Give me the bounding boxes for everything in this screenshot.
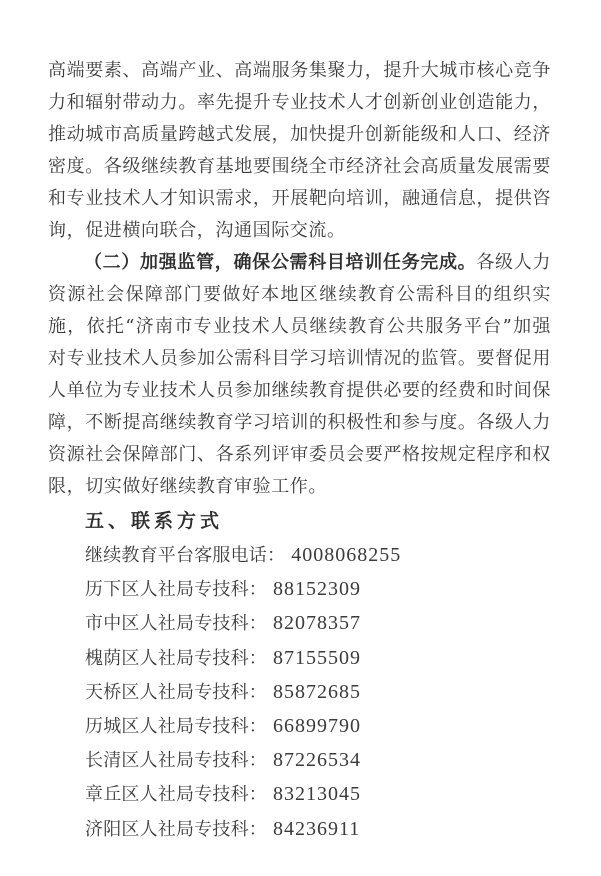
contact-label: 槐荫区人社局专技科：	[85, 648, 267, 669]
contact-phone: 82078357	[273, 612, 361, 634]
contact-row: 章丘区人社局专技科：83213045	[48, 778, 551, 812]
contact-row: 历下区人社局专技科：88152309	[48, 573, 551, 607]
contact-list: 继续教育平台客服电话：4008068255 历下区人社局专技科：88152309…	[48, 539, 551, 847]
body-paragraph-1: 高端要素、高端产业、高端服务集聚力，提升大城市核心竞争力和辐射带动力。率先提升专…	[48, 55, 551, 247]
contact-row: 济阳区人社局专技科：84236911	[48, 813, 551, 847]
contact-row: 继续教育平台客服电话：4008068255	[48, 539, 551, 573]
paragraph-2-text: 各级人力资源社会保障部门要做好本地区继续教育公需科目的组织实施，依托“济南市专业…	[48, 252, 551, 497]
contact-label: 历城区人社局专技科：	[85, 716, 267, 737]
section-heading-contact-info: 五、联系方式	[48, 505, 551, 537]
contact-row: 历城区人社局专技科：66899790	[48, 710, 551, 744]
contact-label: 章丘区人社局专技科：	[85, 784, 267, 805]
contact-phone: 87155509	[273, 647, 361, 669]
contact-phone: 84236911	[273, 818, 360, 840]
contact-row: 天桥区人社局专技科：85872685	[48, 676, 551, 710]
contact-label: 继续教育平台客服电话：	[85, 545, 285, 566]
contact-label: 天桥区人社局专技科：	[85, 682, 267, 703]
contact-phone: 87226534	[273, 749, 361, 771]
contact-phone: 66899790	[273, 715, 361, 737]
body-paragraph-2: （二）加强监管，确保公需科目培训任务完成。各级人力资源社会保障部门要做好本地区继…	[48, 247, 551, 503]
contact-label: 济阳区人社局专技科：	[85, 819, 267, 840]
contact-phone: 4008068255	[291, 544, 401, 566]
contact-row: 长清区人社局专技科：87226534	[48, 744, 551, 778]
contact-label: 长清区人社局专技科：	[85, 750, 267, 771]
contact-row: 槐荫区人社局专技科：87155509	[48, 642, 551, 676]
contact-phone: 83213045	[273, 783, 361, 805]
paragraph-2-bold-lead: （二）加强监管，确保公需科目培训任务完成。	[84, 252, 476, 273]
contact-label: 历下区人社局专技科：	[85, 579, 267, 600]
document-page: 高端要素、高端产业、高端服务集聚力，提升大城市核心竞争力和辐射带动力。率先提升专…	[0, 0, 601, 876]
contact-label: 市中区人社局专技科：	[85, 613, 267, 634]
contact-phone: 88152309	[273, 578, 361, 600]
contact-phone: 85872685	[273, 681, 361, 703]
contact-row: 市中区人社局专技科：82078357	[48, 607, 551, 641]
